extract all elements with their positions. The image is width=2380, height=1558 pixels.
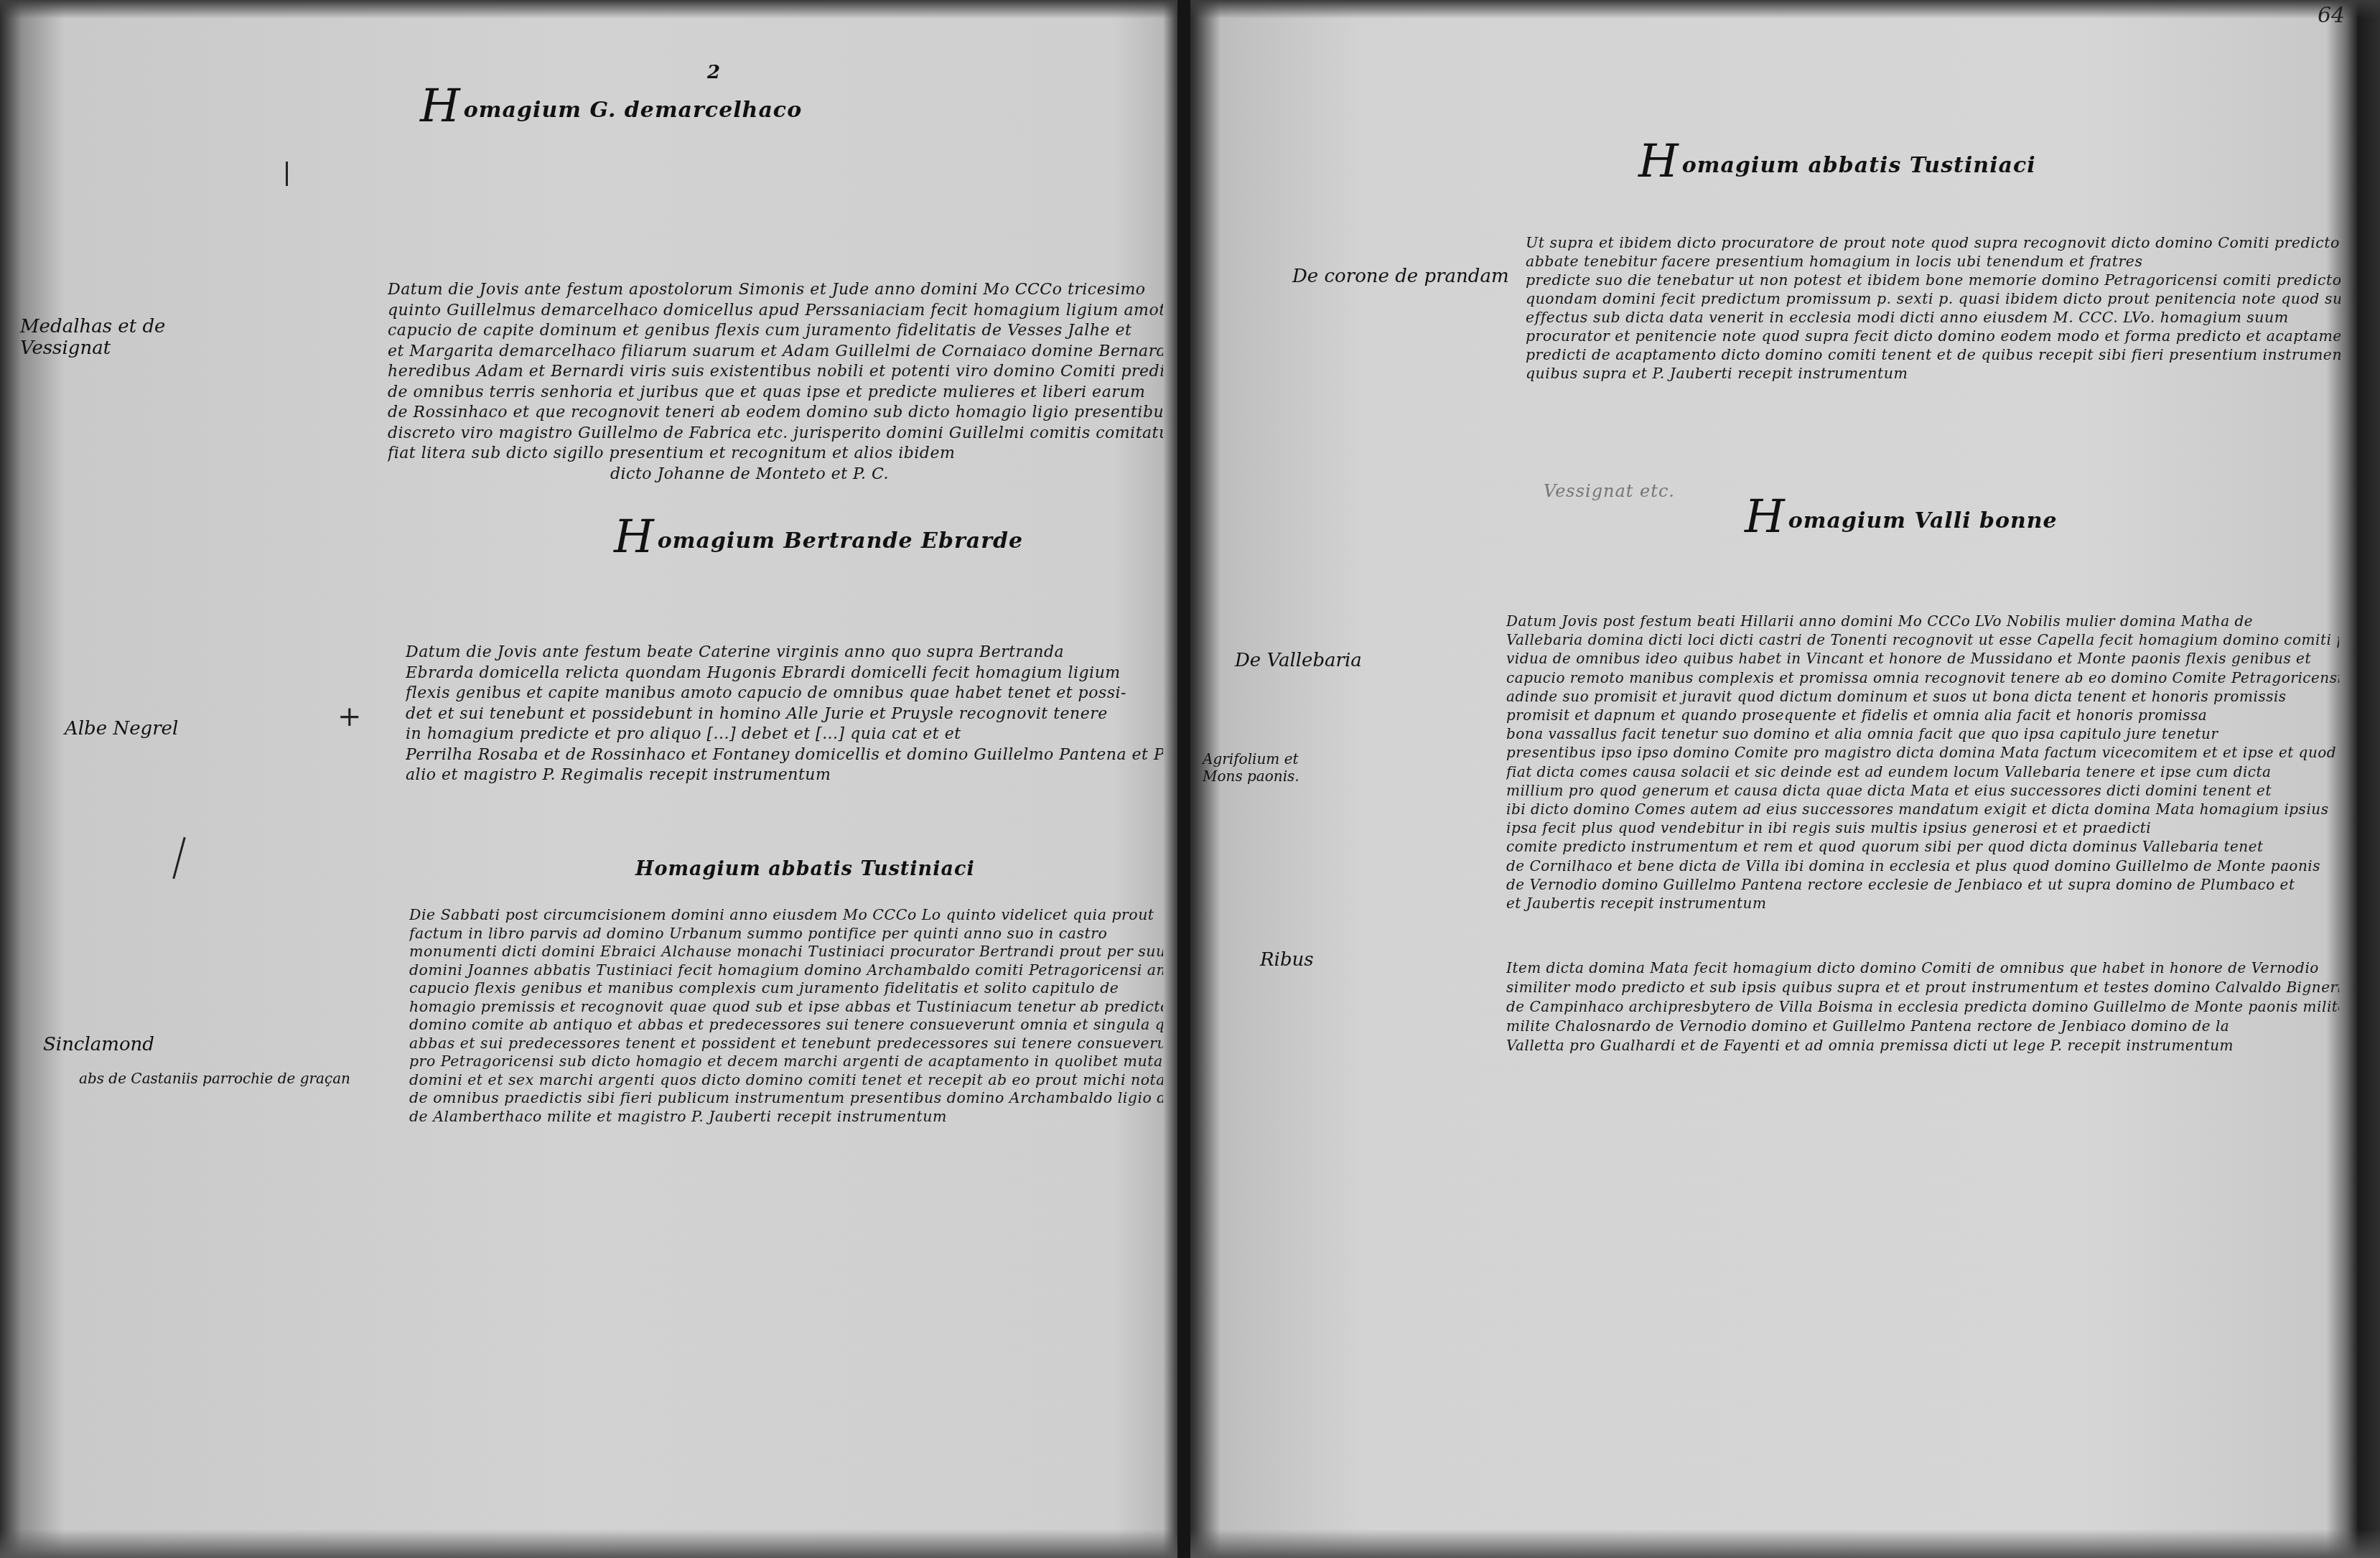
entry-item-mata: Item dicta domina Mata fecit homagium di… <box>1506 958 2339 1055</box>
heading-text: omagium Valli bonne <box>1788 508 2058 533</box>
heading-initial: H <box>1638 135 1679 188</box>
text-line: Item dicta domina Mata fecit homagium di… <box>1506 958 2339 978</box>
margin-note-line: Medalhas et de <box>20 316 165 337</box>
margin-note-agrifolium: Agrifolium et Mons paonis. <box>1203 750 1299 785</box>
text-line: capucio flexis genibus et manibus comple… <box>409 979 1163 998</box>
text-line: capucio remoto manibus complexis et prom… <box>1506 668 2339 687</box>
text-line: in homagium predicte et pro aliquo [...]… <box>406 724 1163 745</box>
heading-text: omagium Bertrande Ebrarde <box>658 528 1023 554</box>
heading-homagium-abbatis-right: Homagium abbatis Tustiniaci <box>1638 147 2036 178</box>
text-line: et Jaubertis recepit instrumentum <box>1506 894 2339 913</box>
text-line: alio et magistro P. Regimalis recepit in… <box>406 765 1163 786</box>
margin-note-line: Vessignat <box>20 337 111 359</box>
margin-stroke <box>172 837 185 880</box>
entry-abbatis-right: Ut supra et ibidem dicto procuratore de … <box>1526 233 2341 383</box>
text-line: millium pro quod generum et causa dicta … <box>1506 781 2339 800</box>
text-line: capucio de capite dominum et genibus fle… <box>388 321 1163 342</box>
text-line: comite predicto instrumentum et rem et q… <box>1506 837 2339 856</box>
text-line: bona vassallus facit tenetur suo domino … <box>1506 724 2339 743</box>
text-line: promisit et dapnum et quando prosequente… <box>1506 706 2339 724</box>
margin-note-ribus: Ribus <box>1260 949 1314 971</box>
text-line: quinto Guillelmus demarcelhaco domicellu… <box>388 301 1163 322</box>
text-line: abbate tenebitur facere presentium homag… <box>1526 252 2341 271</box>
text-line: adinde suo promisit et juravit quod dict… <box>1506 687 2339 706</box>
text-line: Valletta pro Gualhardi et de Fayenti et … <box>1506 1036 2339 1055</box>
text-line: discreto viro magistro Guillelmo de Fabr… <box>388 424 1163 444</box>
text-line: de Alamberthaco milite et magistro P. Ja… <box>409 1108 1163 1126</box>
text-line: vidua de omnibus ideo quibus habet in Vi… <box>1506 649 2339 668</box>
text-line: milite Chalosnardo de Vernodio domino et… <box>1506 1017 2339 1036</box>
text-line: quondam domini fecit predictum promissum… <box>1526 289 2341 308</box>
manuscript-spread: Homagium G. demarcelhaco 2 Medalhas et d… <box>0 0 2380 1558</box>
text-line: flexis genibus et capite manibus amoto c… <box>406 684 1163 704</box>
heading-annotation-mark: 2 <box>707 62 721 83</box>
text-line: similiter modo predicto et sub ipsis qui… <box>1506 978 2339 997</box>
text-line: det et sui tenebunt et possidebunt in ho… <box>406 704 1163 725</box>
text-line: Datum die Jovis ante festum beate Cateri… <box>406 643 1163 663</box>
margin-note-line: Mons paonis. <box>1203 768 1299 785</box>
heading-text: omagium abbatis Tustiniaci <box>1682 153 2036 178</box>
heading-initial: H <box>420 80 461 133</box>
text-line: de omnibus praedictis sibi fieri publicu… <box>409 1089 1163 1108</box>
margin-note-sinclamond: Sinclamond <box>43 1034 154 1055</box>
text-line: domini Joannes abbatis Tustiniaci fecit … <box>409 961 1163 980</box>
text-line: de Rossinhaco et que recognovit teneri a… <box>388 403 1163 424</box>
heading-initial: H <box>1745 490 1786 544</box>
entry-abbatis-tustiniaci: Die Sabbati post circumcisionem domini a… <box>409 906 1163 1126</box>
text-line: Ut supra et ibidem dicto procuratore de … <box>1526 233 2341 252</box>
text-line: domino comite ab antiquo et abbas et pre… <box>409 1016 1163 1035</box>
margin-note-line: Agrifolium et <box>1203 750 1299 768</box>
text-line: de Vernodio domino Guillelmo Pantena rec… <box>1506 875 2339 894</box>
text-line: Vallebaria domina dicti loci dicti castr… <box>1506 630 2339 649</box>
folio-number: 64 <box>2318 3 2345 28</box>
text-line: presentibus ipso ipso domino Comite pro … <box>1506 743 2339 762</box>
text-line: de Campinhaco archipresbytero de Villa B… <box>1506 997 2339 1017</box>
faint-heading: Vessignat etc. <box>1544 481 1675 501</box>
text-line: effectus sub dicta data venerit in eccle… <box>1526 308 2341 327</box>
text-line: fiat dicta comes causa solacii et sic de… <box>1506 762 2339 781</box>
text-line: procurator et penitencie note quod supra… <box>1526 327 2341 345</box>
margin-note-medalhas: Medalhas et de Vessignat <box>20 316 165 359</box>
heading-homagium-bertrande: Homagium Bertrande Ebrarde <box>614 523 1023 554</box>
text-line: Perrilha Rosaba et de Rossinhaco et Font… <box>406 745 1163 766</box>
text-line: et Margarita demarcelhaco filiarum suaru… <box>388 342 1163 363</box>
text-line: ibi dicto domino Comes autem ad eius suc… <box>1506 800 2339 818</box>
left-page: Homagium G. demarcelhaco 2 Medalhas et d… <box>0 0 1182 1558</box>
text-line: factum in libro parvis ad domino Urbanum… <box>409 925 1163 943</box>
text-line: Datum Jovis post festum beati Hillarii a… <box>1506 612 2339 630</box>
heading-text: omagium G. demarcelhaco <box>464 98 802 123</box>
heading-homagium-demarcelhaco: Homagium G. demarcelhaco <box>420 92 802 123</box>
text-line: abbas et sui predecessores tenent et pos… <box>409 1035 1163 1053</box>
entry-valli-bonne: Datum Jovis post festum beati Hillarii a… <box>1506 612 2339 913</box>
text-line: Ebrarda domicella relicta quondam Hugoni… <box>406 663 1163 684</box>
heading-homagium-valli-bonne: Homagium Valli bonne <box>1745 503 2058 533</box>
heading-homagium-abbatis: Homagium abbatis Tustiniaci <box>635 858 975 880</box>
text-line: monumenti dicti domini Ebraici Alchause … <box>409 943 1163 961</box>
text-line: homagio premissis et recognovit quae quo… <box>409 998 1163 1017</box>
text-line: Die Sabbati post circumcisionem domini a… <box>409 906 1163 925</box>
text-line: fiat litera sub dicto sigillo presentium… <box>388 444 1163 465</box>
margin-note-vallebaria: De Vallebaria <box>1235 650 1362 671</box>
entry-bertrande: Datum die Jovis ante festum beate Cateri… <box>406 643 1163 786</box>
margin-tick-mark <box>286 162 288 186</box>
text-line: heredibus Adam et Bernardi viris suis ex… <box>388 362 1163 383</box>
margin-note-albe-negrel: Albe Negrel <box>65 718 178 740</box>
margin-note-corone-prandam: De corone de prandam <box>1292 266 1509 287</box>
text-line: quibus supra et P. Jauberti recepit inst… <box>1526 364 2341 383</box>
entry-demarcelhaco: Datum die Jovis ante festum apostolorum … <box>388 280 1163 485</box>
text-line: Datum die Jovis ante festum apostolorum … <box>388 280 1163 301</box>
text-line: domini et et sex marchi argenti quos dic… <box>409 1071 1163 1090</box>
text-line: de omnibus terris senhoria et juribus qu… <box>388 383 1163 404</box>
heading-initial: H <box>614 510 655 564</box>
text-line: predicti de acaptamento dicto domino com… <box>1526 345 2341 364</box>
text-line: pro Petragoricensi sub dicto homagio et … <box>409 1053 1163 1071</box>
margin-note-castaniis: abs de Castaniis parrochie de graçan <box>79 1070 350 1087</box>
text-line: de Cornilhaco et bene dicta de Villa ibi… <box>1506 857 2339 875</box>
cross-mark: + <box>337 700 362 733</box>
text-line: predicte suo die tenebatur ut non potest… <box>1526 271 2341 289</box>
text-line: dicto Johanne de Monteto et P. C. <box>388 465 1163 485</box>
text-line: ipsa fecit plus quod vendebitur in ibi r… <box>1506 818 2339 837</box>
